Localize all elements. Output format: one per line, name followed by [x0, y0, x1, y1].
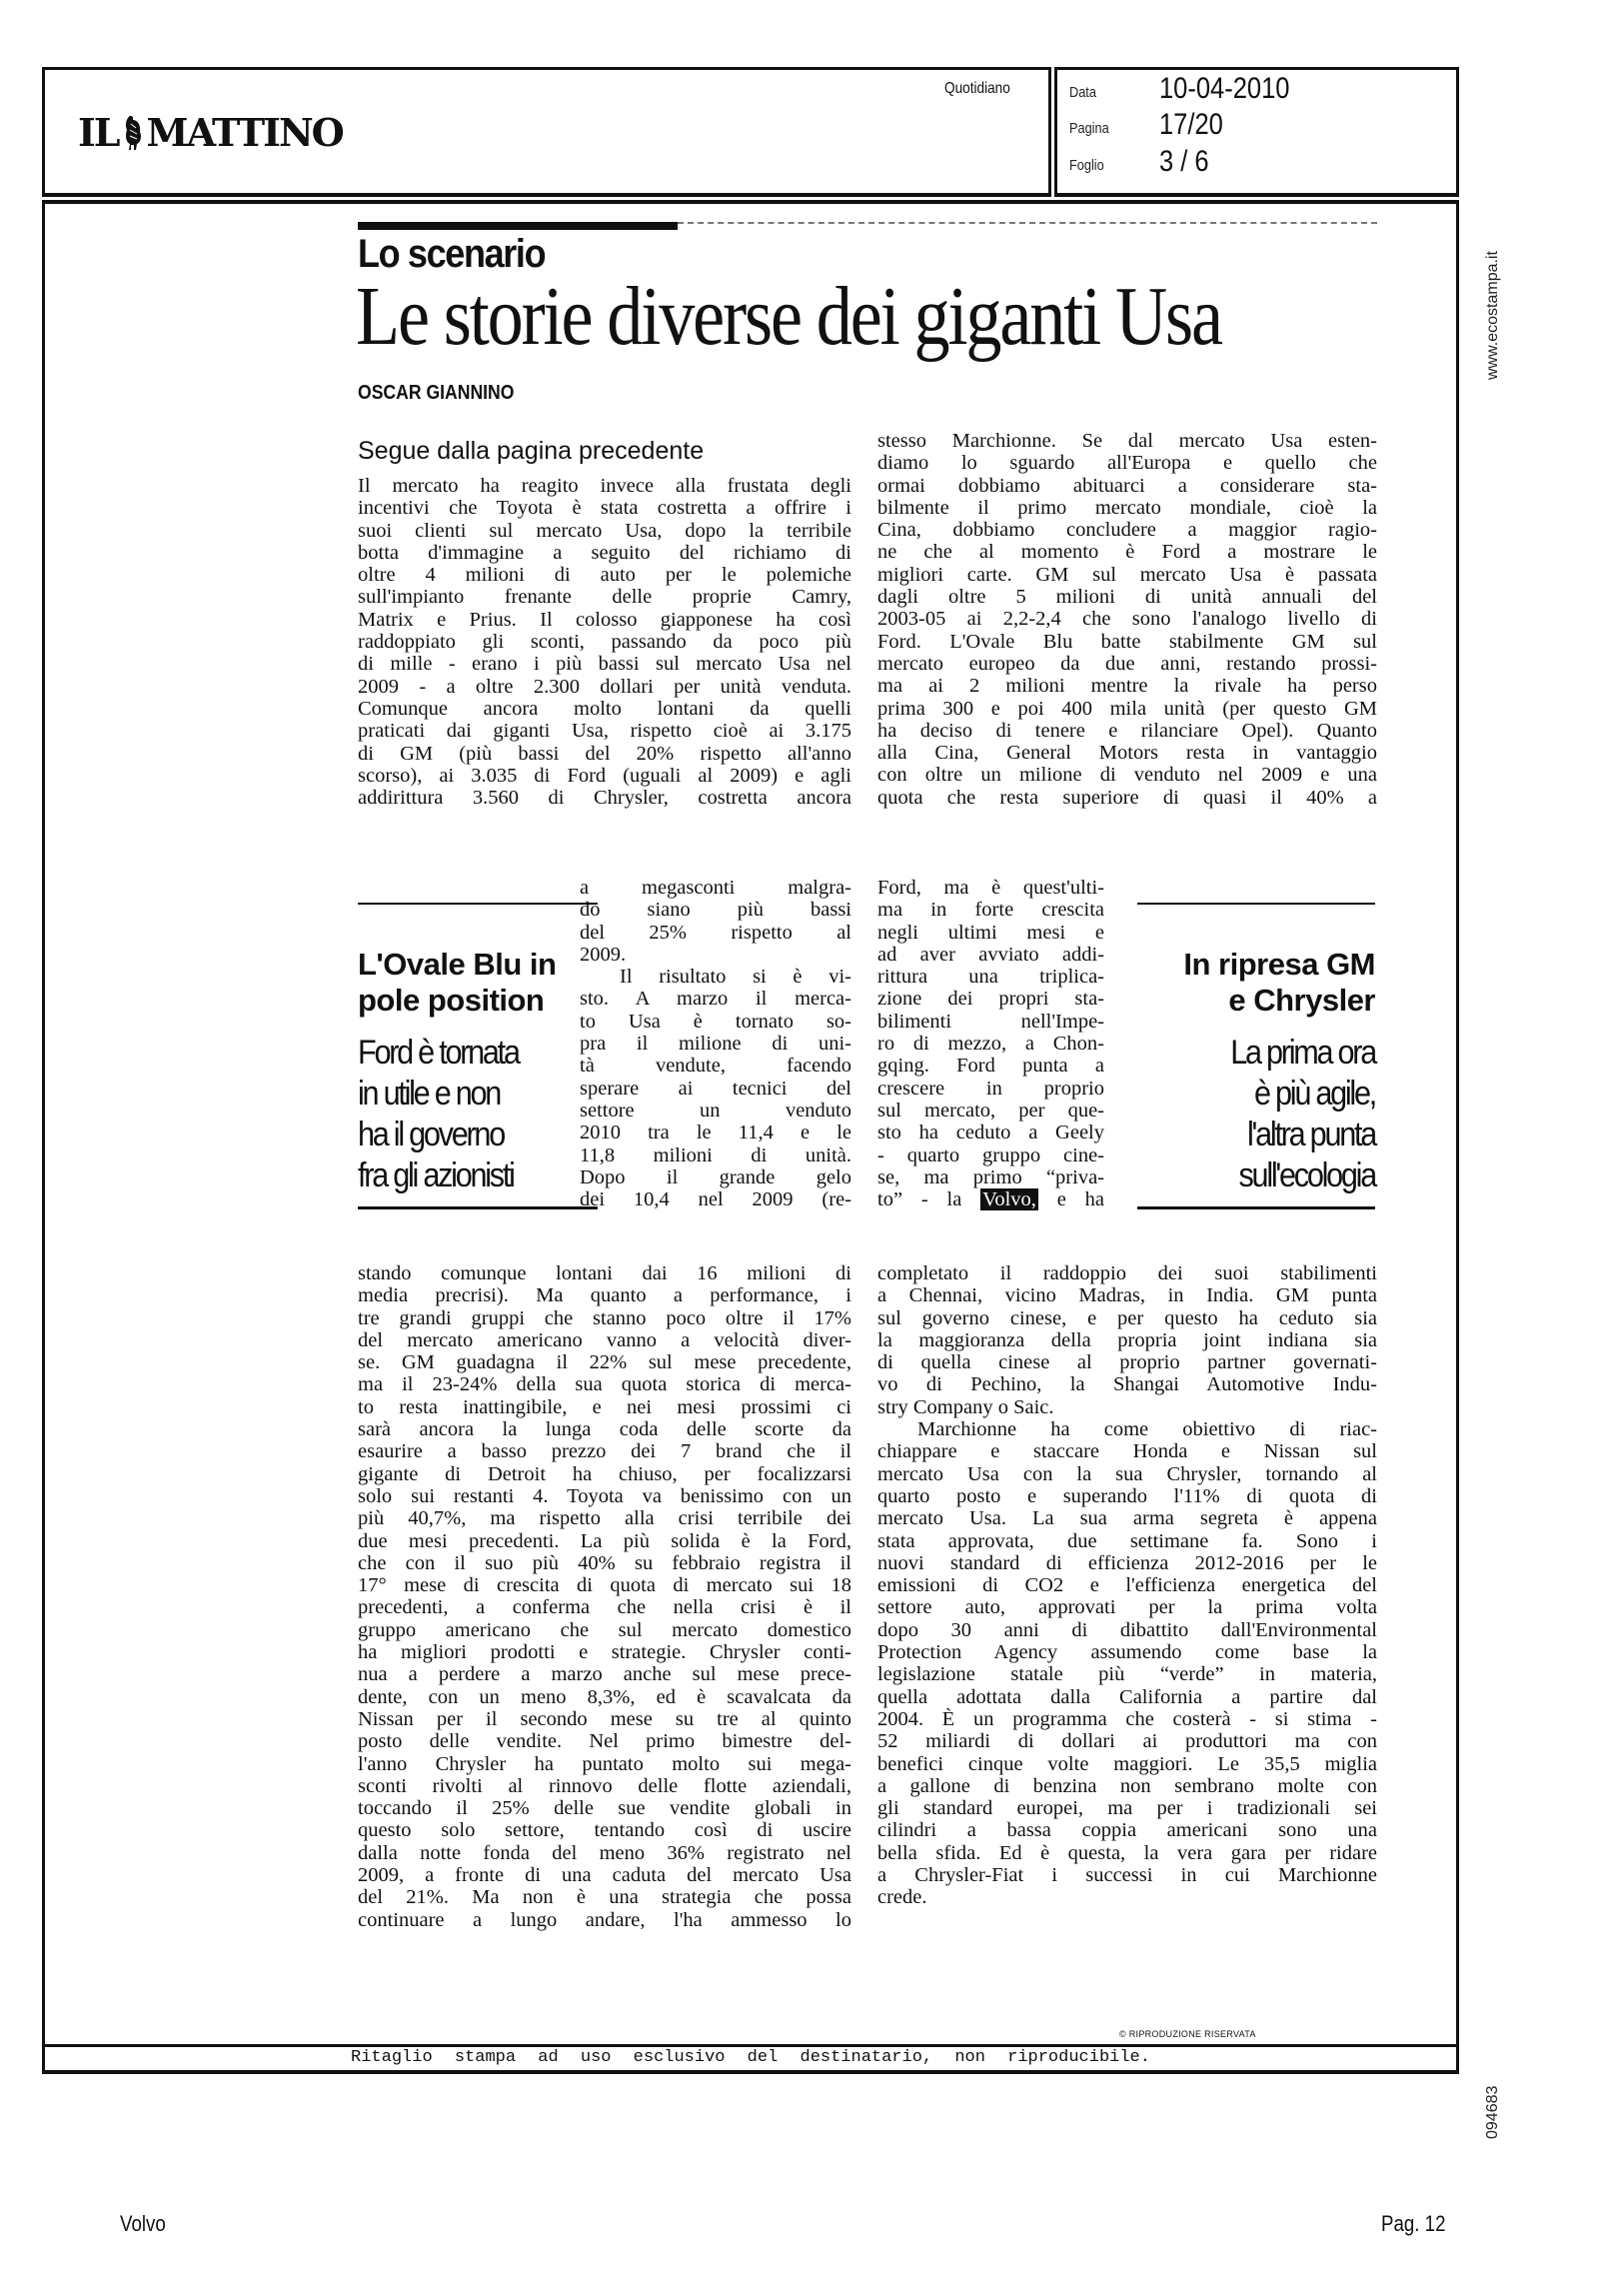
sidebar-box-left: L'Ovale Blu in pole position Ford è torn…	[358, 903, 598, 1209]
text-line: tre grandi gruppi che stanno poco oltre …	[358, 1307, 851, 1329]
clipping-code: 094683	[1484, 2086, 1502, 2139]
article-byline: OSCAR GIANNINO	[358, 382, 514, 405]
text-line: cilindri a bassa coppia americani sono u…	[877, 1819, 1377, 1841]
text-line: 17° mese di crescita di quota di mercato…	[358, 1574, 851, 1596]
article-column-2-top: stesso Marchionne. Se dal mercato Usa es…	[877, 430, 1377, 809]
text-line: chiappare e staccare Honda e Nissan sul	[877, 1440, 1377, 1462]
text-line: scorso), ai 3.035 di Ford (uguali al 200…	[358, 765, 851, 787]
text-line: precedenti, a conferma che nella crisi è…	[358, 1596, 851, 1618]
text-line: esaurire a basso prezzo dei 7 brand che …	[358, 1440, 851, 1462]
text-line: pra il milione di uni-	[580, 1033, 851, 1055]
text-line: del 25% rispetto al	[580, 922, 851, 944]
text-line: settore auto, approvati per la prima vol…	[877, 1596, 1377, 1618]
text-line: gruppo americano che sul mercato domesti…	[358, 1619, 851, 1641]
text-line: addirittura 3.560 di Chrysler, costretta…	[358, 787, 851, 809]
highlighted-keyword: Volvo,	[980, 1188, 1038, 1210]
text-line: stry Company o Saic.	[877, 1396, 1377, 1418]
publication-logo: ILMATTINO	[78, 110, 343, 155]
date-value: 10-04-2010	[1159, 72, 1289, 106]
text-line: continuare a lungo andare, l'ha ammesso …	[358, 1909, 851, 1931]
text-line: di mille - erano i più bassi sul mercato…	[358, 653, 851, 675]
text-line: 2009 - a oltre 2.300 dollari per unità v…	[358, 676, 851, 698]
box-subtitle-line: fra gli azionisti	[358, 1155, 574, 1196]
text-line: - quarto gruppo cine-	[877, 1144, 1104, 1166]
clipping-notice: Ritaglio stampa ad uso esclusivo del des…	[45, 2046, 1456, 2070]
text-line: toccando il 25% delle sue vendite global…	[358, 1797, 851, 1819]
text-line: del mercato americano vanno a velocità d…	[358, 1329, 851, 1351]
text-line: più 40,7%, ma rispetto alla crisi terrib…	[358, 1507, 851, 1529]
text-line: che con il suo più 40% su febbraio regis…	[358, 1552, 851, 1574]
continued-from-label: Segue dalla pagina precedente	[358, 437, 704, 466]
text-line: media precrisi). Ma quanto a performance…	[358, 1284, 851, 1306]
text-line: questo solo settore, tentando così di us…	[358, 1819, 851, 1841]
text-line: emissioni di CO2 e l'efficienza energeti…	[877, 1574, 1377, 1596]
text-line: ma in forte crescita	[877, 899, 1104, 921]
text-line: a gallone di benzina non sembrano molte …	[877, 1775, 1377, 1797]
text-line: ad aver avviato addi-	[877, 944, 1104, 966]
text-line: dalla notte fonda del meno 36% registrat…	[358, 1842, 851, 1864]
article-headline: Le storie diverse dei giganti Usa	[356, 268, 1221, 365]
text-line: Cina, dobbiamo concludere a maggior ragi…	[877, 519, 1377, 541]
text-line: due mesi precedenti. La più solida è la …	[358, 1530, 851, 1552]
text-line: ha migliori prodotti e strategie. Chrysl…	[358, 1641, 851, 1663]
text-line: quota che resta superiore di quasi il 40…	[877, 787, 1377, 809]
text-line: mercato Usa. La sua arma segreta è appen…	[877, 1507, 1377, 1529]
text-line: legislazione statale più “verde” in mate…	[877, 1663, 1377, 1685]
date-label: Data	[1069, 84, 1096, 101]
text-line: nuovi standard di efficienza 2012-2016 p…	[877, 1552, 1377, 1574]
section-rule	[358, 222, 678, 230]
text-line: rittura una triplica-	[877, 966, 1104, 988]
box-title-line: pole position	[358, 983, 598, 1019]
text-line: sto. A marzo il merca-	[580, 988, 851, 1010]
article-column-2-bottom: completato il raddoppio dei suoi stabili…	[877, 1262, 1377, 1909]
box-title-line: e Chrysler	[1137, 983, 1375, 1019]
text-line: ne che al momento è Ford a mostrare le	[877, 541, 1377, 563]
box-bottom-rule	[358, 1206, 598, 1209]
text-line: botta d'immagine a seguito del richiamo …	[358, 542, 851, 564]
text-fragment: to” - la	[877, 1188, 980, 1210]
text-line: sconti rivolti al rinnovo delle flotte a…	[358, 1775, 851, 1797]
text-line: completato il raddoppio dei suoi stabili…	[877, 1262, 1377, 1284]
text-line: Protection Agency assumendo come base la	[877, 1641, 1377, 1663]
text-line: oltre 4 milioni di auto per le polemiche	[358, 564, 851, 586]
side-url: www.ecostampa.it	[1484, 260, 1504, 380]
text-line: Marchionne ha come obiettivo di riac-	[877, 1418, 1377, 1440]
sheet-value: 3 / 6	[1159, 145, 1209, 179]
text-line: gigante di Detroit ha chiuso, per focali…	[358, 1463, 851, 1485]
text-fragment: e ha	[1038, 1188, 1104, 1210]
text-line: bilimenti nell'Impe-	[877, 1011, 1104, 1033]
text-line: 11,8 milioni di unità.	[580, 1144, 851, 1166]
text-line: tà vendute, facendo	[580, 1055, 851, 1077]
page-number: Pag. 12	[1381, 2211, 1445, 2237]
text-line: 2009.	[580, 944, 851, 966]
box-subtitle-line: sull'ecologia	[1161, 1155, 1375, 1196]
logo-text-left: IL	[78, 110, 119, 155]
text-line: negli ultimi mesi e	[877, 922, 1104, 944]
text-line: Comunque ancora molto lontani da quelli	[358, 698, 851, 720]
text-line: dopo 30 anni di dibattito dall'Environme…	[877, 1619, 1377, 1641]
text-line: benefici cinque volte maggiori. Le 35,5 …	[877, 1753, 1377, 1775]
text-line: mercato europeo da due anni, restando pr…	[877, 653, 1377, 675]
periodicity-label: Quotidiano	[944, 80, 1010, 98]
sheet-label: Foglio	[1069, 157, 1104, 174]
text-line: Nissan per il secondo mese su tre al qui…	[358, 1708, 851, 1730]
dashed-rule	[678, 222, 1377, 224]
text-line: 52 miliardi di dollari ai produttori ma …	[877, 1730, 1377, 1752]
text-line: migliori carte. GM sul mercato Usa è pas…	[877, 564, 1377, 586]
text-line: to resta inattingibile, e nei mesi pross…	[358, 1396, 851, 1418]
text-line: praticati dai giganti Usa, rispetto cioè…	[358, 720, 851, 742]
text-line: quella adottata dalla California a parti…	[877, 1686, 1377, 1708]
text-line: con oltre un milione di venduto nel 2009…	[877, 764, 1377, 786]
box-subtitle-line: l'altra punta	[1161, 1115, 1375, 1155]
text-line: sarà ancora la lunga coda delle scorte d…	[358, 1418, 851, 1440]
text-line: stata approvata, due settimane fa. Sono …	[877, 1530, 1377, 1552]
text-line: dei 10,4 nel 2009 (re-	[580, 1188, 851, 1210]
text-line: to Usa è tornato so-	[580, 1011, 851, 1033]
box-subtitle-line: è più agile,	[1161, 1074, 1375, 1115]
text-line: ha deciso di tenere e rilanciare Opel). …	[877, 720, 1377, 742]
text-line: settore un venduto	[580, 1100, 851, 1122]
logo-text-right: MATTINO	[147, 110, 343, 155]
article-column-1-bottom: stando comunque lontani dai 16 milioni d…	[358, 1262, 851, 1931]
page-label: Pagina	[1069, 120, 1109, 137]
search-keyword: Volvo	[120, 2211, 166, 2237]
text-line: nua a perdere a marzo anche sul mese pre…	[358, 1663, 851, 1685]
text-line: solo sui restanti 4. Toyota va benissimo…	[358, 1485, 851, 1507]
copyright-notice: © RIPRODUZIONE RISERVATA	[1119, 2029, 1256, 2039]
page-value: 17/20	[1159, 108, 1223, 142]
box-title-line: In ripresa GM	[1137, 947, 1375, 983]
text-line: ormai dobbiamo abituarci a considerare s…	[877, 475, 1377, 497]
text-line: do siano più bassi	[580, 899, 851, 921]
text-line: vo di Pechino, la Shangai Automotive Ind…	[877, 1373, 1377, 1395]
box-bottom-rule	[1137, 1206, 1375, 1209]
text-line: raddoppiato gli sconti, passando da poco…	[358, 631, 851, 653]
sidebar-box-right: In ripresa GM e Chrysler La prima ora è …	[1137, 903, 1375, 1209]
text-line: dagli oltre 5 milioni di unità annuali d…	[877, 586, 1377, 608]
text-line: se, ma primo “priva-	[877, 1166, 1104, 1188]
text-line: a Chennai, vicino Madras, in India. GM p…	[877, 1284, 1377, 1306]
box-subtitle-line: in utile e non	[358, 1074, 574, 1115]
text-line: a megasconti malgra-	[580, 877, 851, 899]
text-line: alla Cina, General Motors resta in vanta…	[877, 742, 1377, 764]
text-line: sul governo cinese, e per questo ha cedu…	[877, 1307, 1377, 1329]
text-line: ma ai 2 milioni mentre la rivale ha pers…	[877, 675, 1377, 697]
text-line: prima 300 e poi 400 mila unità (per ques…	[877, 698, 1377, 720]
text-line: gli standard europei, ma per i tradizion…	[877, 1797, 1377, 1819]
article-column-1-narrow: a megasconti malgra- do siano più bassi …	[580, 877, 851, 1210]
text-line: bella sfida. Ed è questa, la vera gara p…	[877, 1842, 1377, 1864]
box-subtitle-line: ha il governo	[358, 1115, 574, 1155]
clipping-notice-box: Ritaglio stampa ad uso esclusivo del des…	[42, 2044, 1459, 2074]
text-line: se. GM guadagna il 22% sul mese preceden…	[358, 1351, 851, 1373]
text-line: stando comunque lontani dai 16 milioni d…	[358, 1262, 851, 1284]
text-line: Il mercato ha reagito invece alla frusta…	[358, 475, 851, 497]
volvo-line: to” - la Volvo, e ha	[877, 1188, 1104, 1210]
text-line: quarto posto e superando l'11% di quota …	[877, 1485, 1377, 1507]
text-line: dente, con un meno 8,3%, ed è scavalcata…	[358, 1686, 851, 1708]
text-line: Matrix e Prius. Il colosso giapponese ha…	[358, 609, 851, 631]
text-line: posto delle vendite. Nel primo bimestre …	[358, 1730, 851, 1752]
text-line: sto ha ceduto a Geely	[877, 1122, 1104, 1143]
side-code: 094683	[1484, 2079, 1504, 2139]
article-column-1-top: Il mercato ha reagito invece alla frusta…	[358, 475, 851, 809]
text-line: incentivi che Toyota è stata costretta a…	[358, 497, 851, 519]
text-line: 2004. È un programma che costerà - si st…	[877, 1708, 1377, 1730]
text-line: 2010 tra le 11,4 e le	[580, 1122, 851, 1143]
text-line: crede.	[877, 1886, 1377, 1908]
text-line: Il risultato si è vi-	[580, 966, 851, 988]
text-line: gqing. Ford punta a	[877, 1055, 1104, 1077]
text-line: sul mercato, per que-	[877, 1100, 1104, 1122]
text-line: del 21%. Ma non è una strategia che poss…	[358, 1886, 851, 1908]
article-column-2-narrow: Ford, ma è quest'ulti- ma in forte cresc…	[877, 877, 1104, 1210]
text-line: mercato Usa con la sua Chrysler, tornand…	[877, 1463, 1377, 1485]
text-line: ma il 23-24% della sua quota storica di …	[358, 1373, 851, 1395]
text-line: Ford, ma è quest'ulti-	[877, 877, 1104, 899]
text-line: di quella cinese al proprio partner gove…	[877, 1351, 1377, 1373]
text-line: l'anno Chrysler ha puntato molto sui meg…	[358, 1753, 851, 1775]
text-line: crescere in proprio	[877, 1078, 1104, 1100]
text-line: bilmente il primo mercato mondiale, cioè…	[877, 497, 1377, 519]
text-line: 2009, a fronte di una caduta del mercato…	[358, 1864, 851, 1886]
ecostampa-url: www.ecostampa.it	[1484, 251, 1502, 380]
text-line: di GM (più bassi del 20% rispetto all'an…	[358, 743, 851, 765]
text-line: diamo lo sguardo all'Europa e quello che	[877, 452, 1377, 474]
text-line: suoi clienti sul mercato Usa, dopo la te…	[358, 520, 851, 542]
text-line: la maggioranza della propria joint india…	[877, 1329, 1377, 1351]
text-line: Ford. L'Ovale Blu batte stabilmente GM s…	[877, 631, 1377, 653]
text-line: ro di mezzo, a Chon-	[877, 1033, 1104, 1055]
text-line: Dopo il grande gelo	[580, 1166, 851, 1188]
text-line: zione dei propri sta-	[877, 988, 1104, 1010]
box-subtitle-line: Ford è tornata	[358, 1033, 574, 1074]
text-line: sull'impianto frenante delle proprie Cam…	[358, 586, 851, 608]
box-title-line: L'Ovale Blu in	[358, 947, 598, 983]
text-line: stesso Marchionne. Se dal mercato Usa es…	[877, 430, 1377, 452]
text-line: 2003-05 ai 2,2-2,4 che sono l'analogo li…	[877, 608, 1377, 630]
text-line: a Chrysler-Fiat i successi in cui Marchi…	[877, 1864, 1377, 1886]
text-line: sperare ai tecnici del	[580, 1078, 851, 1100]
rooster-icon	[122, 114, 144, 152]
box-subtitle-line: La prima ora	[1161, 1033, 1375, 1074]
